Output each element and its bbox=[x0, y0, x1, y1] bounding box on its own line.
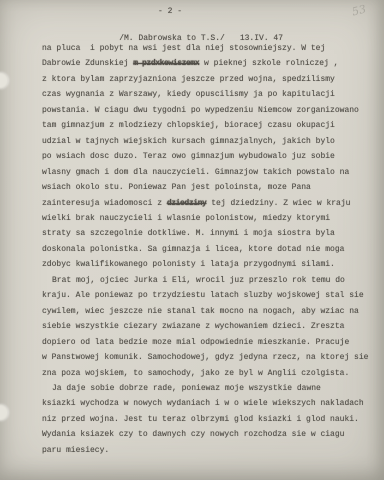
struck-text: m pzdxkewiszemx bbox=[133, 59, 199, 68]
document-line: kraju. Ale poniewaz po trzydziestu latac… bbox=[42, 288, 368, 303]
document-line: zna poza wojskiem, to samochody, jako ze… bbox=[42, 366, 368, 381]
text-run: wsiach okolo stu. Poniewaz Pan jest polo… bbox=[42, 183, 311, 192]
document-line: zainteresuja wiadomosci z dziedziny tej … bbox=[42, 196, 368, 211]
text-run: wielki brak nauczycieli i wlasnie poloni… bbox=[42, 214, 330, 223]
document-line: w Panstwowej komunik. Samochodowej, gdyz… bbox=[42, 350, 368, 365]
document-line: dopiero od lata bedzie moze mial odpowie… bbox=[42, 335, 368, 350]
text-run: na pluca i pobyt na wsi jest dla niej st… bbox=[42, 44, 325, 53]
document-line: doskonala polonistka. Sa gimnazja i lice… bbox=[42, 242, 368, 257]
text-run: zainteresuja wiadomosci z bbox=[42, 199, 167, 208]
punch-hole bbox=[0, 404, 8, 421]
text-run: powstania. W ciagu dwu tygodni po wypedz… bbox=[42, 106, 359, 115]
text-run: kraju. Ale poniewaz po trzydziestu latac… bbox=[42, 291, 364, 300]
document-line: niz przed wojna. Jest tu teraz olbrzymi … bbox=[42, 412, 368, 427]
text-run: zna poza wojskiem, to samochody, jako ze… bbox=[42, 369, 349, 378]
document-body: na pluca i pobyt na wsi jest dla niej st… bbox=[42, 41, 368, 458]
text-run: paru miesiecy. bbox=[42, 446, 109, 455]
scanned-letter-page: - 2 - /M. Dabrowska to T.S./13.IV. 47 53… bbox=[0, 0, 384, 480]
document-line: wielki brak nauczycieli i wlasnie poloni… bbox=[42, 211, 368, 226]
document-line: Brat moj, ojciec Jurka i Eli, wrocil juz… bbox=[42, 273, 368, 288]
text-run: Brat moj, ojciec Jurka i Eli, wrocil juz… bbox=[52, 276, 345, 285]
document-line: tam gimnazjum z mlodziezy chlopskiej, bi… bbox=[42, 118, 368, 133]
text-run: tej dziedziny. Z wiec w kraju bbox=[206, 199, 350, 208]
text-run: udzial w tajnych wiejskich kursach gimna… bbox=[42, 137, 335, 146]
text-run: wlasny gmach i dom dla nauczycieli. Gimn… bbox=[42, 168, 349, 177]
text-run: z ktora bylam zaprzyjazniona jeszcze prz… bbox=[42, 75, 335, 84]
document-line: siebie wszystkie ciezary zwiazane z wych… bbox=[42, 319, 368, 334]
text-run: Ja daje sobie dobrze rade, poniewaz moje… bbox=[52, 384, 321, 393]
text-run: straty sa szczegolnie dotkliwe. M. innym… bbox=[42, 229, 335, 238]
punch-hole bbox=[0, 72, 8, 89]
text-run: ksiazki wychodza w nowych wydaniach i w … bbox=[42, 399, 364, 408]
document-line: Wydania ksiazek czy to dawnych czy nowyc… bbox=[42, 427, 368, 442]
document-line: wsiach okolo stu. Poniewaz Pan jest polo… bbox=[42, 180, 368, 195]
text-run: czas wygnania z Warszawy, kiedy opuscili… bbox=[42, 90, 335, 99]
text-run: tam gimnazjum z mlodziezy chlopskiej, bi… bbox=[42, 121, 335, 130]
document-line: na pluca i pobyt na wsi jest dla niej st… bbox=[42, 41, 368, 56]
text-run: cywilem, wiec jeszcze nie stanal tak moc… bbox=[42, 307, 359, 316]
handwritten-corner-mark: 53 bbox=[351, 2, 368, 18]
document-line: po wsiach dosc duzo. Teraz owo gimnazjum… bbox=[42, 149, 368, 164]
text-run: Dabrowie Zdunskiej bbox=[42, 59, 133, 68]
text-run: po wsiach dosc duzo. Teraz owo gimnazjum… bbox=[42, 152, 335, 161]
text-run: siebie wszystkie ciezary zwiazane z wych… bbox=[42, 322, 344, 331]
document-line: Ja daje sobie dobrze rade, poniewaz moje… bbox=[42, 381, 368, 396]
document-line: z ktora bylam zaprzyjazniona jeszcze prz… bbox=[42, 72, 368, 87]
document-line: zdobyc kwalifikowanego polonisty i lataj… bbox=[42, 257, 368, 272]
document-line: ksiazki wychodza w nowych wydaniach i w … bbox=[42, 396, 368, 411]
struck-text: dziedziny bbox=[167, 199, 207, 208]
document-line: Dabrowie Zdunskiej m pzdxkewiszemx w pie… bbox=[42, 56, 368, 71]
text-run: w pieknej szkole rolniczej , bbox=[199, 59, 338, 68]
document-line: czas wygnania z Warszawy, kiedy opuscili… bbox=[42, 87, 368, 102]
document-line: cywilem, wiec jeszcze nie stanal tak moc… bbox=[42, 304, 368, 319]
document-line: udzial w tajnych wiejskich kursach gimna… bbox=[42, 134, 368, 149]
text-run: Wydania ksiazek czy to dawnych czy nowyc… bbox=[42, 430, 344, 439]
document-line: straty sa szczegolnie dotkliwe. M. innym… bbox=[42, 226, 368, 241]
document-line: wlasny gmach i dom dla nauczycieli. Gimn… bbox=[42, 165, 368, 180]
text-run: doskonala polonistka. Sa gimnazja i lice… bbox=[42, 245, 344, 254]
text-run: dopiero od lata bedzie moze mial odpowie… bbox=[42, 338, 349, 347]
document-line: paru miesiecy. bbox=[42, 443, 368, 458]
text-run: niz przed wojna. Jest tu teraz olbrzymi … bbox=[42, 415, 359, 424]
text-run: zdobyc kwalifikowanego polonisty i lataj… bbox=[42, 260, 335, 269]
document-line: powstania. W ciagu dwu tygodni po wypedz… bbox=[42, 103, 368, 118]
text-run: w Panstwowej komunik. Samochodowej, gdyz… bbox=[42, 353, 368, 362]
